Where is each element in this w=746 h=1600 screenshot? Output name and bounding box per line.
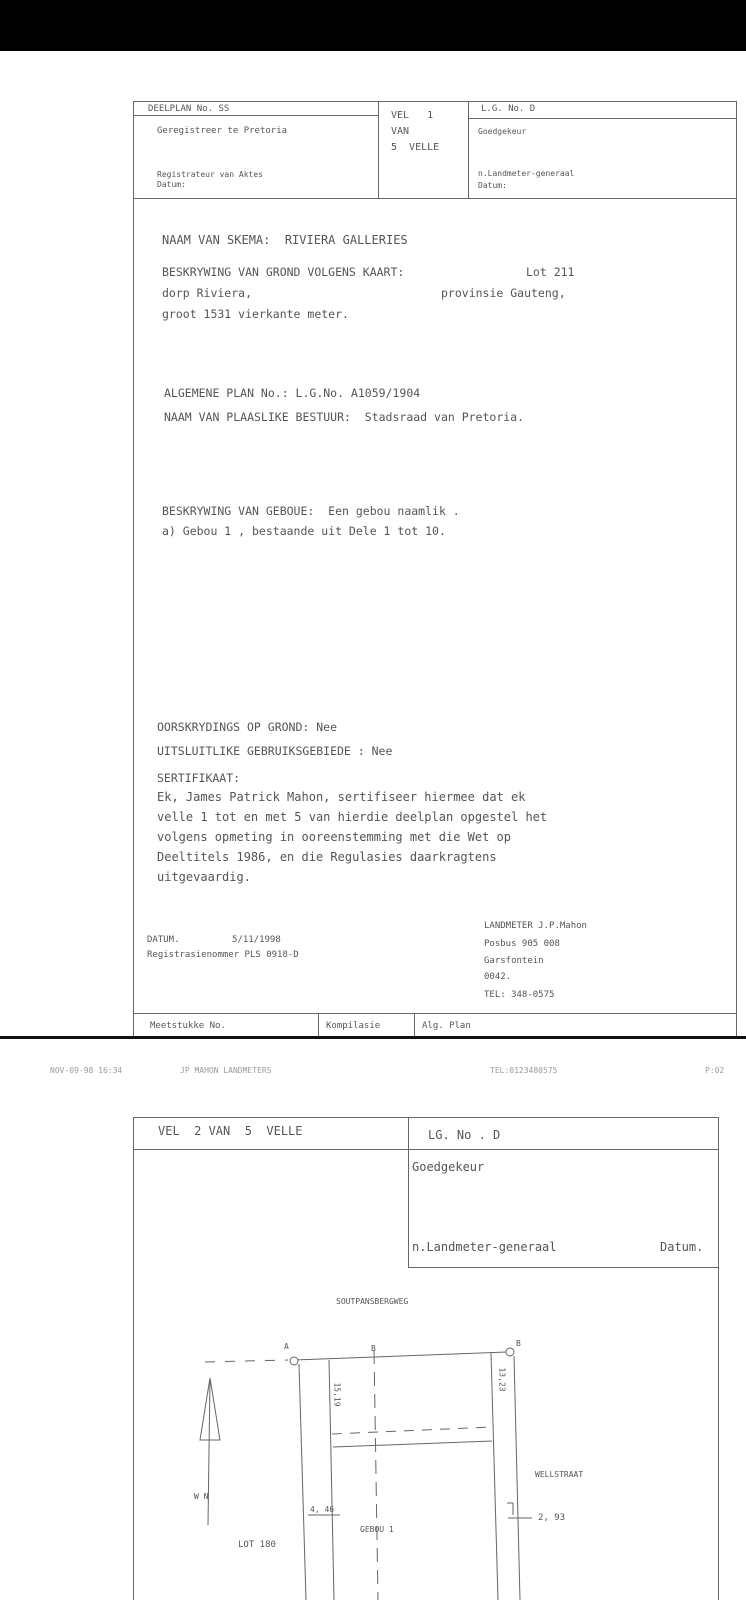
dim-left-horizontal: 4, 46 xyxy=(310,1505,334,1514)
lot-label: LOT 180 xyxy=(238,1540,276,1550)
building-label: GEBOU 1 xyxy=(360,1525,394,1534)
street-soutpansbergweg: SOUTPANSBERGWEG xyxy=(336,1297,408,1306)
dim-right-vertical: 13,23 xyxy=(498,1367,507,1391)
point-mid-label: B xyxy=(371,1344,376,1353)
dim-left-vertical: 15,19 xyxy=(333,1382,342,1406)
site-plan-drawing xyxy=(0,0,746,1600)
street-wellstraat: WELLSTRAAT xyxy=(535,1470,583,1479)
dim-right-horizontal: 2, 93 xyxy=(538,1513,565,1523)
north-label: W N xyxy=(194,1492,208,1501)
point-a-label: A xyxy=(284,1342,289,1351)
point-b-label: B xyxy=(516,1339,521,1348)
